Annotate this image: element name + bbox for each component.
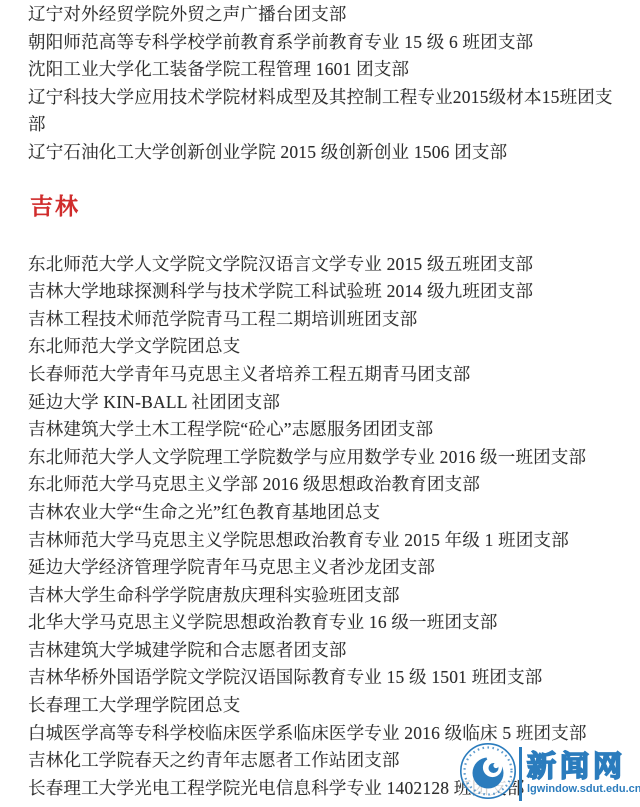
list-item: 部 — [28, 111, 628, 139]
list-item: 东北师范大学人文学院理工学院数学与应用数学专业 2016 级一班团支部 — [28, 444, 628, 472]
list-item: 东北师范大学人文学院文学院汉语言文学专业 2015 级五班团支部 — [28, 251, 628, 279]
list-item: 长春师范大学青年马克思主义者培养工程五期青马团支部 — [28, 361, 628, 389]
list-item: 北华大学马克思主义学院思想政治教育专业 16 级一班团支部 — [28, 609, 628, 637]
list-item: 沈阳工业大学化工装备学院工程管理 1601 团支部 — [28, 56, 628, 84]
list-item: 辽宁对外经贸学院外贸之声广播台团支部 — [28, 1, 628, 29]
watermark-divider — [519, 747, 522, 801]
list-item: 吉林大学地球探测科学与技术学院工科试验班 2014 级九班团支部 — [28, 278, 628, 306]
university-seal-icon — [459, 742, 517, 805]
news-site-url: lgwindow.sdut.edu.cn — [527, 783, 640, 796]
list-item: 东北师范大学马克思主义学部 2016 级思想政治教育团支部 — [28, 471, 628, 499]
list-item: 吉林华桥外国语学院文学院汉语国际教育专业 15 级 1501 班团支部 — [28, 664, 628, 692]
list-item: 吉林建筑大学城建学院和合志愿者团支部 — [28, 637, 628, 665]
list-item: 延边大学经济管理学院青年马克思主义者沙龙团支部 — [28, 554, 628, 582]
top-list: 辽宁对外经贸学院外贸之声广播台团支部 朝阳师范高等专科学校学前教育系学前教育专业… — [28, 1, 628, 167]
list-item: 吉林工程技术师范学院青马工程二期培训班团支部 — [28, 306, 628, 334]
list-item: 长春理工大学理学院团总支 — [28, 692, 628, 720]
list-item: 东北师范大学文学院团总支 — [28, 333, 628, 361]
list-item: 吉林建筑大学土木工程学院“砼心”志愿服务团团支部 — [28, 416, 628, 444]
list-item: 吉林大学生命科学学院唐敖庆理科实验班团支部 — [28, 582, 628, 610]
list-item: 辽宁石油化工大学创新创业学院 2015 级创新创业 1506 团支部 — [28, 139, 628, 167]
list-item: 吉林农业大学“生命之光”红色教育基地团总支 — [28, 499, 628, 527]
section-heading-jilin: 吉林 — [30, 192, 628, 220]
document-page: 辽宁对外经贸学院外贸之声广播台团支部 朝阳师范高等专科学校学前教育系学前教育专业… — [0, 0, 640, 802]
news-site-watermark: 新闻网 lgwindow.sdut.edu.cn — [459, 742, 640, 805]
list-item: 吉林师范大学马克思主义学院思想政治教育专业 2015 年级 1 班团支部 — [28, 527, 628, 555]
news-site-name: 新闻网 — [527, 751, 640, 783]
list-item: 辽宁科技大学应用技术学院材料成型及其控制工程专业2015级材本15班团支 — [28, 84, 628, 112]
list-item: 朝阳师范高等专科学校学前教育系学前教育专业 15 级 6 班团支部 — [28, 29, 628, 57]
jilin-list: 东北师范大学人文学院文学院汉语言文学专业 2015 级五班团支部 吉林大学地球探… — [28, 251, 628, 803]
list-item: 延边大学 KIN-BALL 社团团支部 — [28, 389, 628, 417]
